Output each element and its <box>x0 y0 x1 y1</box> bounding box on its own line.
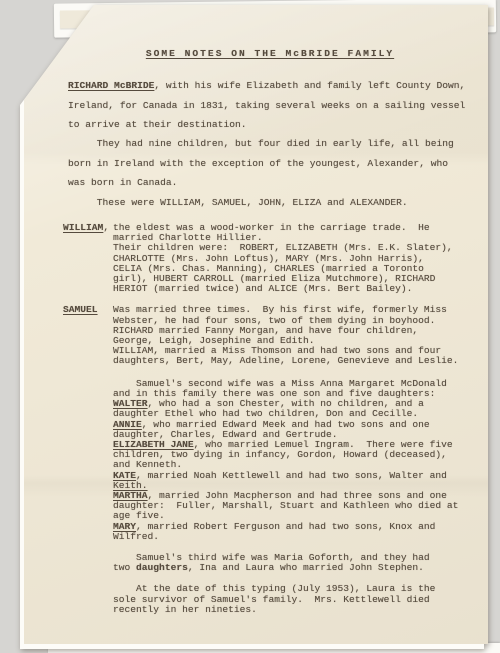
text-segment: , with his wife Elizabeth and family lef… <box>154 80 465 91</box>
text-segment: born in Ireland with the exception of th… <box>68 158 448 169</box>
underlined-name: RICHARD McBRIDE <box>68 80 154 91</box>
text-line: born in Ireland with the exception of th… <box>68 154 472 173</box>
text-segment: was born in Canada. <box>68 177 177 188</box>
intro-section: RICHARD McBRIDE, with his wife Elizabeth… <box>68 76 472 212</box>
text-segment: daughters <box>136 562 188 573</box>
text-line: RICHARD McBRIDE, with his wife Elizabeth… <box>68 76 472 95</box>
underlined-name: WILLIAM <box>63 222 103 233</box>
document-title: SOME NOTES ON THE McBRIDE FAMILY <box>68 49 472 59</box>
text-line: daughters, Bert, May, Adeline, Lorene, G… <box>113 356 472 366</box>
underlined-name: SAMUEL <box>63 304 98 315</box>
text-segment: to arrive at their destination. <box>68 119 246 130</box>
text-segment: Wilfred. <box>113 531 159 542</box>
text-segment: recently in her nineties. <box>113 604 257 615</box>
text-line: KATE, married Noah Kettlewell and had tw… <box>113 471 472 481</box>
paper-sheet: SOME NOTES ON THE McBRIDE FAMILY RICHARD… <box>24 5 488 644</box>
text-line: two daughters, Ina and Laura who married… <box>113 563 472 573</box>
text-line: Ireland, for Canada in 1831, taking seve… <box>68 96 472 115</box>
text-segment: two <box>113 562 136 573</box>
text-line: to arrive at their destination. <box>68 115 472 134</box>
page-background: SOME NOTES ON THE McBRIDE FAMILY RICHARD… <box>0 0 500 653</box>
entry-label: WILLIAM, <box>63 223 113 294</box>
text-segment: , Ina and Laura who married John Stephen… <box>188 562 424 573</box>
text-segment: HERIOT (married twice) and ALICE (Mrs. B… <box>113 283 412 294</box>
typewritten-content: SOME NOTES ON THE McBRIDE FAMILY RICHARD… <box>24 5 488 615</box>
text-line: was born in Canada. <box>68 173 472 192</box>
text-segment: , <box>103 222 109 233</box>
text-segment: , married Robert Ferguson and had two so… <box>136 521 435 532</box>
text-line: These were WILLIAM, SAMUEL, JOHN, ELIZA … <box>68 193 472 212</box>
samuel-section: SAMUELWas married three times. By his fi… <box>63 305 472 614</box>
text-line: MARY, married Robert Ferguson and had tw… <box>113 522 472 532</box>
entry-label: SAMUEL <box>63 305 113 614</box>
text-line: recently in her nineties. <box>113 605 472 615</box>
document-body: RICHARD McBRIDE, with his wife Elizabeth… <box>68 76 472 615</box>
text-segment: , married Noah Kettlewell and had two so… <box>136 470 447 481</box>
william-section: WILLIAM,the eldest was a wood-worker in … <box>63 223 472 294</box>
text-line: They had nine children, but four died in… <box>68 134 472 153</box>
entry-body: Was married three times. By his first wi… <box>113 305 472 614</box>
text-line: daughter: Fuller, Marshall, Stuart and K… <box>113 501 472 511</box>
entry-body: the eldest was a wood-worker in the carr… <box>113 223 472 294</box>
text-segment: They had nine children, but four died in… <box>97 138 454 149</box>
paper-stack: SOME NOTES ON THE McBRIDE FAMILY RICHARD… <box>0 0 500 653</box>
text-line: Wilfred. <box>113 532 472 542</box>
text-segment: Ireland, for Canada in 1831, taking seve… <box>68 100 465 111</box>
text-segment: These were WILLIAM, SAMUEL, JOHN, ELIZA … <box>97 197 408 208</box>
text-segment: daughters, Bert, May, Adeline, Lorene, G… <box>113 355 458 366</box>
text-line: HERIOT (married twice) and ALICE (Mrs. B… <box>113 284 472 294</box>
